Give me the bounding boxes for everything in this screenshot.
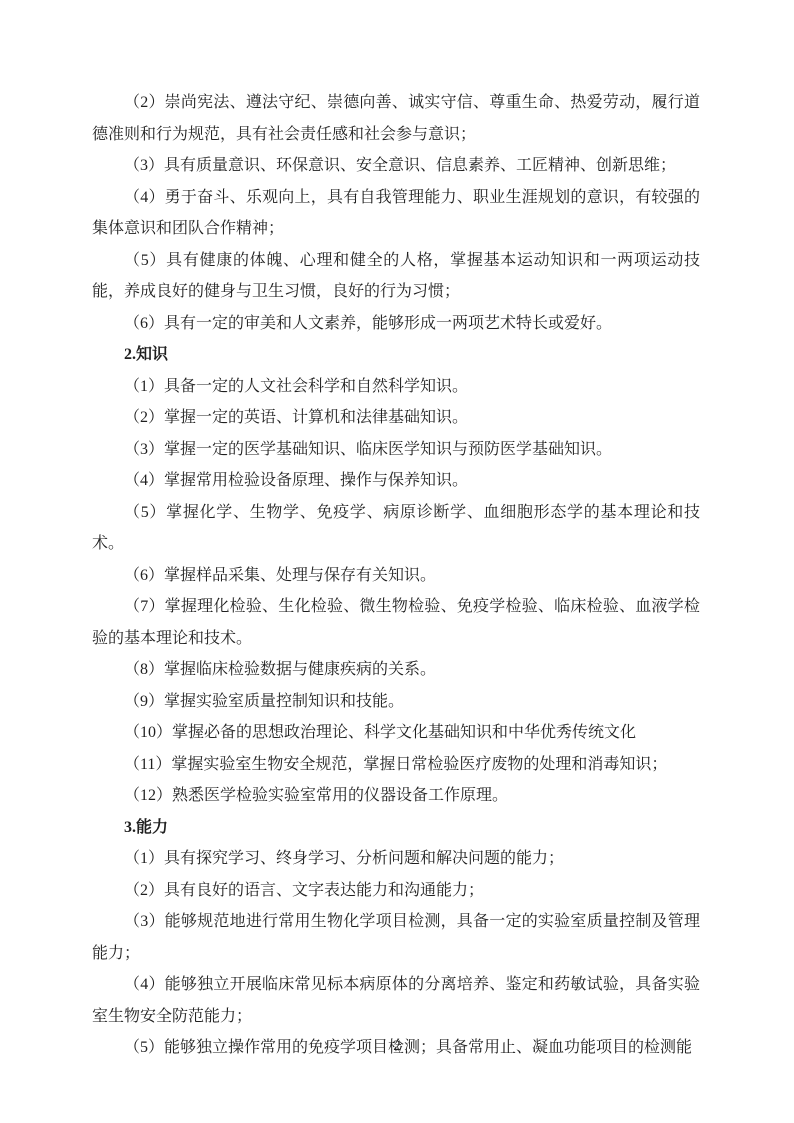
document-body: （2）崇尚宪法、遵法守纪、崇德向善、诚实守信、尊重生命、热爱劳动，履行道德准则和… [92,87,700,1064]
paragraph: （5）具有健康的体魄、心理和健全的人格，掌握基本运动知识和一两项运动技能，养成良… [92,245,700,308]
paragraph: （2）掌握一定的英语、计算机和法律基础知识。 [92,402,700,434]
paragraph: （12）熟悉医学检验实验室常用的仪器设备工作原理。 [92,780,700,812]
paragraph: （10）掌握必备的思想政治理论、科学文化基础知识和中华优秀传统文化 [92,717,700,749]
section-heading: 2.知识 [92,339,700,371]
paragraph: （7）掌握理化检验、生化检验、微生物检验、免疫学检验、临床检验、血液学检验的基本… [92,591,700,654]
paragraph: （9）掌握实验室质量控制知识和技能。 [92,686,700,718]
document-page: （2）崇尚宪法、遵法守纪、崇德向善、诚实守信、尊重生命、热爱劳动，履行道德准则和… [0,0,794,1123]
page-number: 2 [0,1036,794,1056]
paragraph: （8）掌握临床检验数据与健康疾病的关系。 [92,654,700,686]
paragraph: （5）掌握化学、生物学、免疫学、病原诊断学、血细胞形态学的基本理论和技术。 [92,497,700,560]
paragraph: （6）掌握样品采集、处理与保存有关知识。 [92,560,700,592]
paragraph: （11）掌握实验室生物安全规范，掌握日常检验医疗废物的处理和消毒知识； [92,749,700,781]
paragraph: （3）掌握一定的医学基础知识、临床医学知识与预防医学基础知识。 [92,434,700,466]
paragraph: （1）具有探究学习、终身学习、分析问题和解决问题的能力； [92,843,700,875]
paragraph: （2）具有良好的语言、文字表达能力和沟通能力； [92,875,700,907]
paragraph: （3）能够规范地进行常用生物化学项目检测，具备一定的实验室质量控制及管理能力； [92,906,700,969]
paragraph: （6）具有一定的审美和人文素养，能够形成一两项艺术特长或爱好。 [92,308,700,340]
paragraph: （4）勇于奋斗、乐观向上，具有自我管理能力、职业生涯规划的意识，有较强的集体意识… [92,182,700,245]
section-heading: 3.能力 [92,812,700,844]
paragraph: （1）具备一定的人文社会科学和自然科学知识。 [92,371,700,403]
paragraph: （4）能够独立开展临床常见标本病原体的分离培养、鉴定和药敏试验，具备实验室生物安… [92,969,700,1032]
paragraph: （4）掌握常用检验设备原理、操作与保养知识。 [92,465,700,497]
paragraph: （3）具有质量意识、环保意识、安全意识、信息素养、工匠精神、创新思维； [92,150,700,182]
paragraph: （2）崇尚宪法、遵法守纪、崇德向善、诚实守信、尊重生命、热爱劳动，履行道德准则和… [92,87,700,150]
